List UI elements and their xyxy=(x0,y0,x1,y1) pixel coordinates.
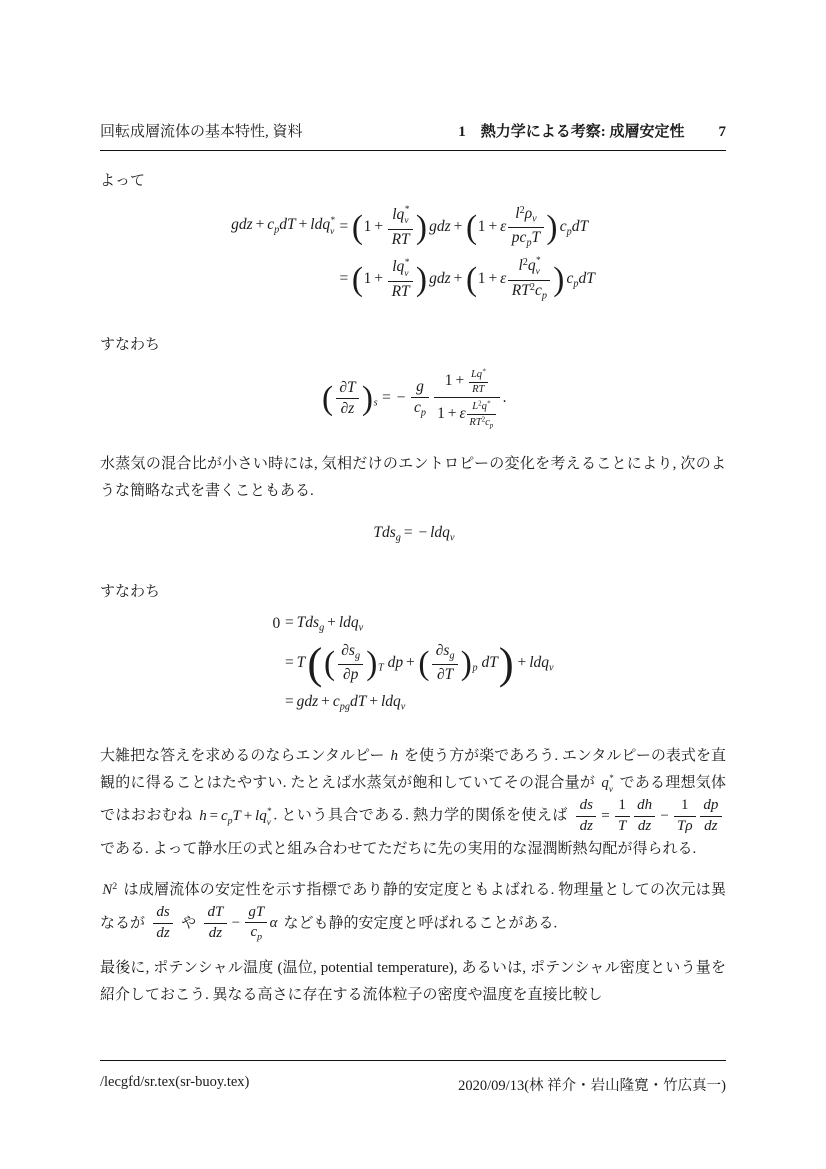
equation-1-line-1: gdz+cpdT+ldq*v =(1+lq*vRT)gdz+(1+εl2ρvpc… xyxy=(231,205,595,249)
paragraph-1: 水蒸気の混合比が小さい時には, 気相だけのエントロピーの変化を考えることにより,… xyxy=(100,451,726,505)
paragraph-3: N2 は成層流体の安定性を示す指標であり静的安定度ともよばれる. 物理量としての… xyxy=(100,877,726,944)
connective-sunawachi-2: すなわち xyxy=(100,580,726,601)
page-footer: /lecgfd/sr.tex(sr-buoy.tex) 2020/09/13(林… xyxy=(100,1060,726,1095)
header-left-title: 回転成層流体の基本特性, 資料 xyxy=(100,120,303,141)
equation-4: 0 =Tdsg+ldqv =T((∂sg∂p)Tdp+(∂sg∂T)pdT)+l… xyxy=(272,607,553,719)
connective-sunawachi-1: すなわち xyxy=(100,333,726,354)
page-content: 回転成層流体の基本特性, 資料 1 熱力学による考察: 成層安定性 7 よって … xyxy=(0,0,826,1009)
section-title: 熱力学による考察: 成層安定性 xyxy=(481,120,685,141)
document-page: 回転成層流体の基本特性, 資料 1 熱力学による考察: 成層安定性 7 よって … xyxy=(0,0,826,1169)
footer-source-path: /lecgfd/sr.tex(sr-buoy.tex) xyxy=(100,1074,249,1095)
equation-1: gdz+cpdT+ldq*v =(1+lq*vRT)gdz+(1+εl2ρvpc… xyxy=(231,198,595,309)
equation-4-rhs-3: =gdz+cpgdT+ldqv xyxy=(280,693,553,712)
running-header: 回転成層流体の基本特性, 資料 1 熱力学による考察: 成層安定性 7 xyxy=(100,120,726,151)
footer-date-authors: 2020/09/13(林 祥介・岩山隆寛・竹広真一) xyxy=(458,1074,726,1095)
connective-yotte: よって xyxy=(100,169,726,190)
equation-2: (∂T∂z)s=−gcp1+Lq*RT1+εL2q*RT2cp. xyxy=(320,360,507,436)
equation-1-rhs-2: =(1+lq*vRT)gdz+(1+εl2q*vRT2cp)cpdT xyxy=(335,256,595,302)
equation-1-line-2: =(1+lq*vRT)gdz+(1+εl2q*vRT2cp)cpdT xyxy=(231,256,595,302)
paragraph-2: 大雑把な答えを求めるのならエンタルピー h を使う方が楽であろう. エンタルピー… xyxy=(100,743,726,862)
equation-1-rhs-1: =(1+lq*vRT)gdz+(1+εl2ρvpcpT)cpdT xyxy=(335,205,595,249)
equation-4-line-2: =T((∂sg∂p)Tdp+(∂sg∂T)pdT)+ldqv xyxy=(272,641,553,686)
section-number: 1 xyxy=(458,124,466,141)
header-section: 1 熱力学による考察: 成層安定性 xyxy=(458,120,684,141)
equation-4-line-1: 0 =Tdsg+ldqv xyxy=(272,614,553,633)
equation-4-line-3: =gdz+cpgdT+ldqv xyxy=(272,693,553,712)
header-right-group: 1 熱力学による考察: 成層安定性 7 xyxy=(458,120,726,141)
equation-1-lhs: gdz+cpdT+ldq*v xyxy=(231,205,335,249)
equation-4-rhs-1: =Tdsg+ldqv xyxy=(280,614,553,633)
equation-4-lhs: 0 xyxy=(272,614,280,633)
paragraph-4: 最後に, ポテンシャル温度 (温位, potential temperature… xyxy=(100,955,726,1009)
equation-4-rhs-2: =T((∂sg∂p)Tdp+(∂sg∂T)pdT)+ldqv xyxy=(280,641,553,686)
equation-3: Tdsg=−ldqv xyxy=(372,517,455,550)
equation-2-body: (∂T∂z)s=−gcp1+Lq*RT1+εL2q*RT2cp. xyxy=(320,367,507,429)
equation-3-body: Tdsg=−ldqv xyxy=(372,524,455,543)
page-number: 7 xyxy=(719,124,727,141)
